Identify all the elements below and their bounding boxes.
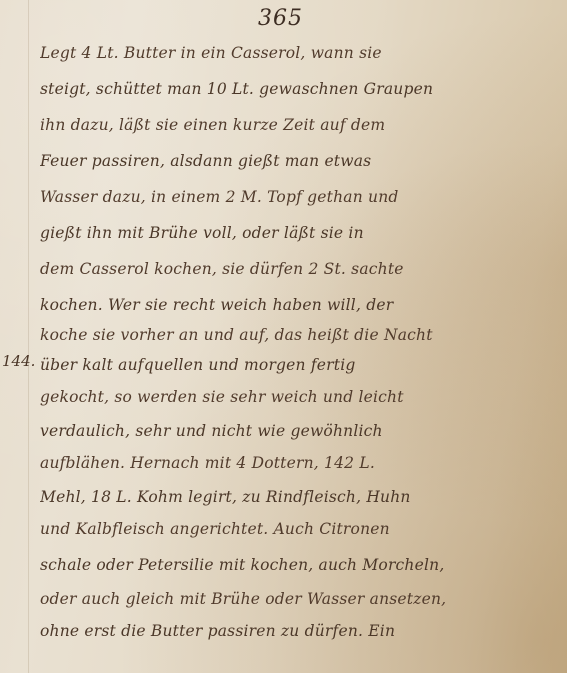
text-line: schale oder Petersilie mit kochen, auch … xyxy=(40,556,562,574)
page-number: 365 xyxy=(258,6,303,31)
text-line: dem Casserol kochen, sie dürfen 2 St. sa… xyxy=(40,260,562,278)
text-line: aufblähen. Hernach mit 4 Dottern, 142 L. xyxy=(40,454,562,472)
page-fold-line xyxy=(28,0,29,673)
text-line: und Kalbfleisch angerichtet. Auch Citron… xyxy=(40,520,562,538)
text-line: über kalt aufquellen und morgen fertig xyxy=(40,356,562,374)
text-line: gekocht, so werden sie sehr weich und le… xyxy=(40,388,562,406)
text-line: koche sie vorher an und auf, das heißt d… xyxy=(40,326,562,344)
text-line: kochen. Wer sie recht weich haben will, … xyxy=(40,296,562,314)
manuscript-page: 365 144. Legt 4 Lt. Butter in ein Casser… xyxy=(0,0,567,673)
text-line: steigt, schüttet man 10 Lt. gewaschnen G… xyxy=(40,80,562,98)
text-line: verdaulich, sehr und nicht wie gewöhnlic… xyxy=(40,422,562,440)
text-line: ohne erst die Butter passiren zu dürfen.… xyxy=(40,622,562,640)
text-line: ihn dazu, läßt sie einen kurze Zeit auf … xyxy=(40,116,562,134)
text-line: Wasser dazu, in einem 2 M. Topf gethan u… xyxy=(40,188,562,206)
text-line: Feuer passiren, alsdann gießt man etwas xyxy=(40,152,562,170)
text-line: Legt 4 Lt. Butter in ein Casserol, wann … xyxy=(40,44,562,62)
text-line: oder auch gleich mit Brühe oder Wasser a… xyxy=(40,590,562,608)
text-line: gießt ihn mit Brühe voll, oder läßt sie … xyxy=(40,224,562,242)
text-line: Mehl, 18 L. Kohm legirt, zu Rindfleisch,… xyxy=(40,488,562,506)
margin-note: 144. xyxy=(2,352,35,370)
